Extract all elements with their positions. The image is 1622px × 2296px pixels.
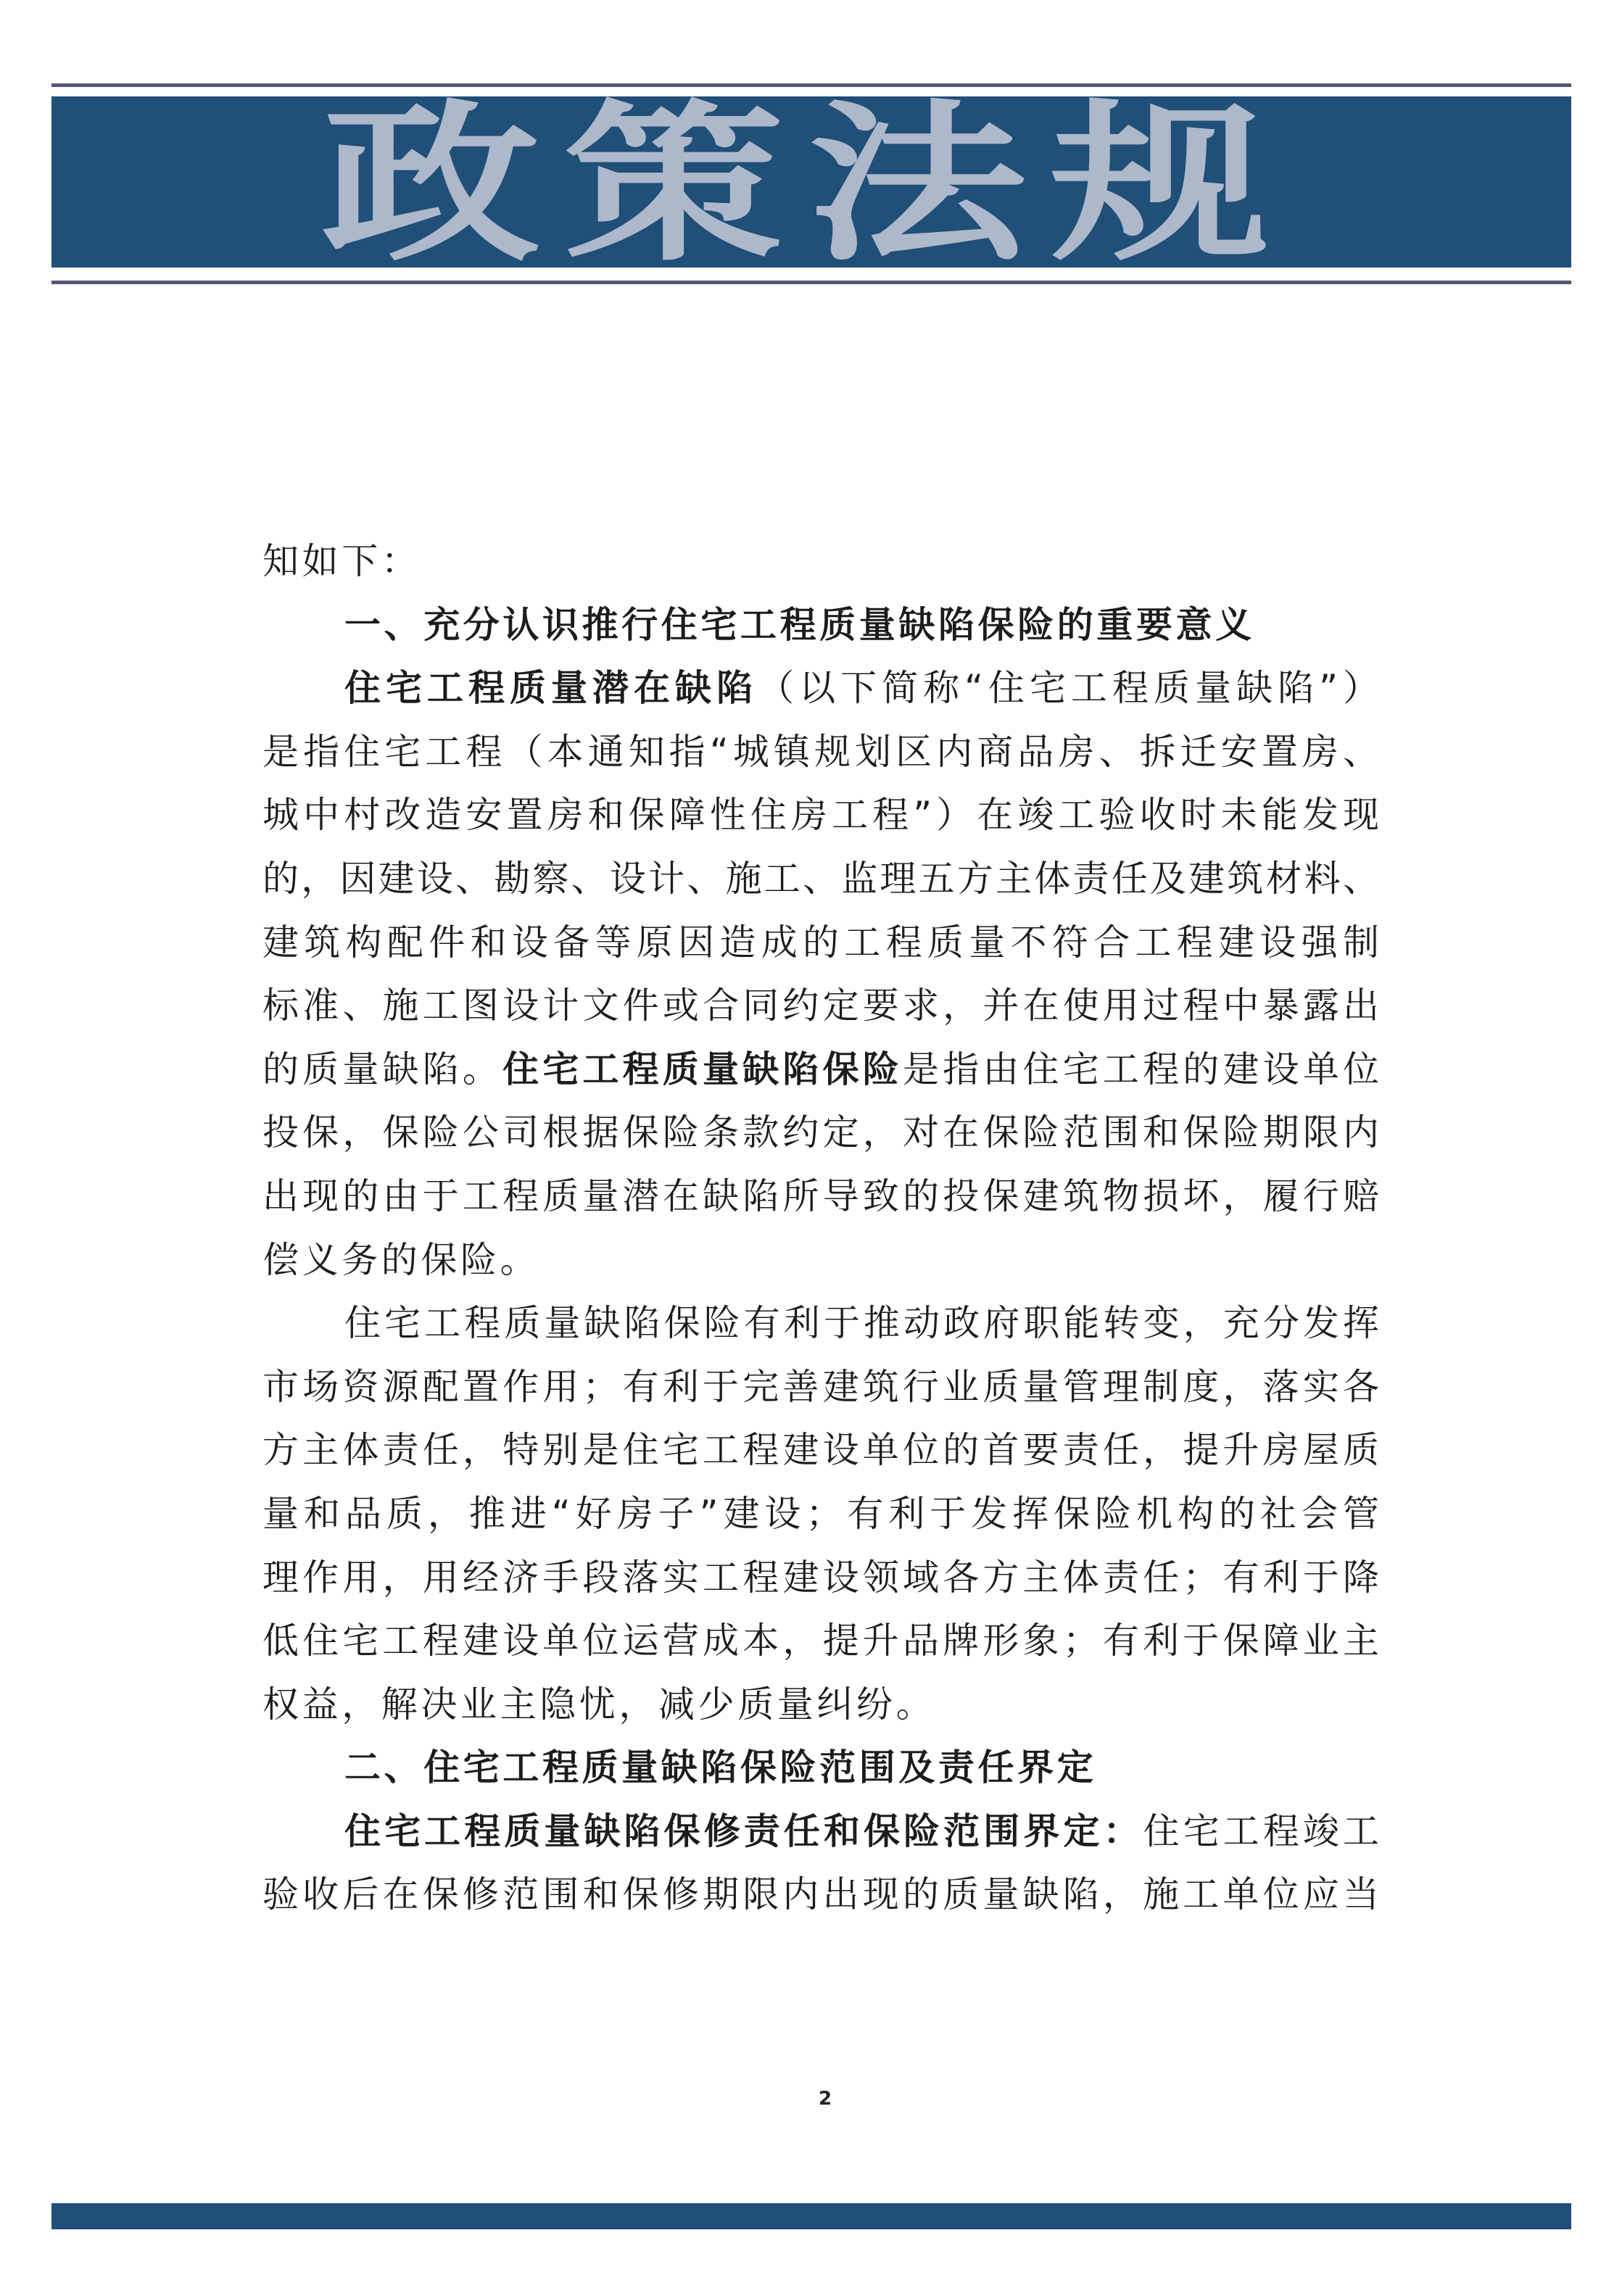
section-heading: 一、充分认识推行住宅工程质量缺陷保险的重要意义 xyxy=(262,594,1379,658)
text-run: 是指由住宅工程的建设单位 xyxy=(903,1048,1379,1090)
page-number: 2 xyxy=(818,2088,832,2110)
paragraph-line: 权益，解决业主隐忧，减少质量纠纷。 xyxy=(262,1673,1379,1737)
text-run: 住宅工程竣工 xyxy=(1143,1810,1379,1852)
bold-term: 住宅工程质量缺陷保修责任和保险范围界定： xyxy=(344,1810,1143,1852)
paragraph-line: 市场资源配置作用；有利于完善建筑行业质量管理制度，落实各 xyxy=(262,1356,1379,1420)
paragraph-line: 住宅工程质量潜在缺陷（以下简称“住宅工程质量缺陷”） xyxy=(262,657,1379,721)
paragraph-line: 偿义务的保险。 xyxy=(262,1229,1379,1293)
paragraph-line: 低住宅工程建设单位运营成本，提升品牌形象；有利于保障业主 xyxy=(262,1609,1379,1673)
bold-term: 住宅工程质量潜在缺陷 xyxy=(344,667,758,709)
paragraph-line: 的质量缺陷。住宅工程质量缺陷保险是指由住宅工程的建设单位 xyxy=(262,1038,1379,1102)
paragraph-line: 验收后在保修范围和保修期限内出现的质量缺陷，施工单位应当 xyxy=(262,1863,1379,1927)
paragraph-line: 投保，保险公司根据保险条款约定，对在保险范围和保险期限内 xyxy=(262,1101,1379,1165)
paragraph-line: 标准、施工图设计文件或合同约定要求，并在使用过程中暴露出 xyxy=(262,974,1379,1038)
text-run: （以下简称“住宅工程质量缺陷”） xyxy=(758,667,1379,709)
text-run: 的质量缺陷。 xyxy=(262,1048,502,1090)
document-body: 知如下： 一、充分认识推行住宅工程质量缺陷保险的重要意义 住宅工程质量潜在缺陷（… xyxy=(262,530,1379,1927)
footer-bar xyxy=(51,2203,1571,2229)
header-bottom-rule xyxy=(51,281,1571,284)
paragraph-line: 方主体责任，特别是住宅工程建设单位的首要责任，提升房屋质 xyxy=(262,1419,1379,1483)
header-top-rule xyxy=(51,83,1571,87)
paragraph-line: 建筑构配件和设备等原因造成的工程质量不符合工程建设强制 xyxy=(262,911,1379,975)
opening-line: 知如下： xyxy=(262,530,1379,594)
paragraph: 住宅工程质量缺陷保修责任和保险范围界定：住宅工程竣工 验收后在保修范围和保修期限… xyxy=(262,1800,1379,1927)
paragraph-line: 的，因建设、勘察、设计、施工、监理五方主体责任及建筑材料、 xyxy=(262,847,1379,911)
paragraph-line: 理作用，用经济手段落实工程建设领域各方主体责任；有利于降 xyxy=(262,1546,1379,1610)
paragraph: 住宅工程质量潜在缺陷（以下简称“住宅工程质量缺陷”） 是指住宅工程（本通知指“城… xyxy=(262,657,1379,1292)
paragraph-line: 是指住宅工程（本通知指“城镇规划区内商品房、拆迁安置房、 xyxy=(262,721,1379,784)
paragraph: 住宅工程质量缺陷保险有利于推动政府职能转变，充分发挥 市场资源配置作用；有利于完… xyxy=(262,1292,1379,1736)
paragraph-line: 住宅工程质量缺陷保修责任和保险范围界定：住宅工程竣工 xyxy=(262,1800,1379,1864)
paragraph-line: 出现的由于工程质量潜在缺陷所导致的投保建筑物损坏，履行赔 xyxy=(262,1165,1379,1229)
paragraph-line: 城中村改造安置房和保障性住房工程”）在竣工验收时未能发现 xyxy=(262,784,1379,847)
bold-term: 住宅工程质量缺陷保险 xyxy=(502,1048,903,1090)
banner-title: 政策法规 xyxy=(321,99,1294,268)
header-banner: 政策法规 xyxy=(51,96,1571,268)
section-heading: 二、住宅工程质量缺陷保险范围及责任界定 xyxy=(262,1736,1379,1800)
paragraph-line: 住宅工程质量缺陷保险有利于推动政府职能转变，充分发挥 xyxy=(262,1292,1379,1356)
paragraph-line: 量和品质，推进“好房子”建设；有利于发挥保险机构的社会管 xyxy=(262,1483,1379,1546)
